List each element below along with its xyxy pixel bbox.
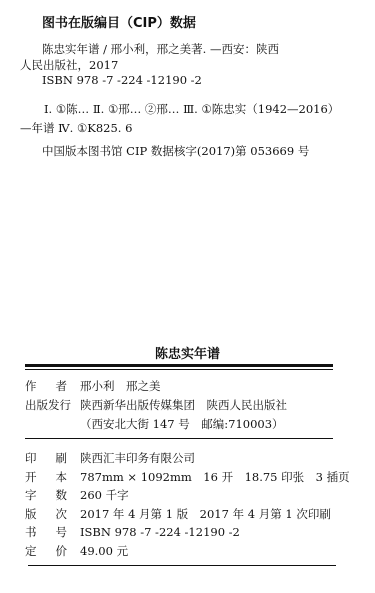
row-format: 开本787mm × 1092mm 16 开 18.75 印张 3 插页	[25, 469, 350, 485]
bottom-rule	[28, 565, 336, 566]
book-title: 陈忠实年谱	[0, 343, 375, 362]
cip-heading: 图书在版编目（CIP）数据	[42, 12, 196, 31]
row-word-count: 字数260 千字	[25, 487, 129, 503]
double-rule-thin	[25, 369, 333, 370]
row-printer: 印刷陕西汇丰印务有限公司	[25, 450, 195, 466]
cip-subjects-2: —年谱 Ⅳ. ①K825. 6	[20, 120, 132, 136]
cip-subjects-1: Ⅰ. ①陈… Ⅱ. ①邢… ②邢… Ⅲ. ①陈忠实（1942—2016）	[44, 101, 339, 117]
cip-isbn: ISBN 978 -7 -224 -12190 -2	[42, 73, 202, 87]
cip-line-2: 人民出版社，2017	[20, 57, 118, 73]
row-price: 定价49.00 元	[25, 543, 128, 559]
cip-record-number: 中国版本图书馆 CIP 数据核字(2017)第 053669 号	[42, 143, 309, 159]
row-author: 作者邢小利 邢之美	[25, 378, 161, 394]
double-rule-thick	[25, 364, 333, 367]
row-publisher: 出版发行陕西新华出版传媒集团 陕西人民出版社	[25, 397, 287, 413]
row-isbn: 书号ISBN 978 -7 -224 -12190 -2	[25, 524, 240, 540]
cip-line-1: 陈忠实年谱 / 邢小利，邢之美著. —西安：陕西	[42, 41, 279, 57]
row-edition: 版次2017 年 4 月第 1 版 2017 年 4 月第 1 次印刷	[25, 506, 331, 522]
divider-rule	[25, 438, 333, 439]
row-address: （西安北大街 147 号 邮编:710003）	[25, 416, 284, 432]
